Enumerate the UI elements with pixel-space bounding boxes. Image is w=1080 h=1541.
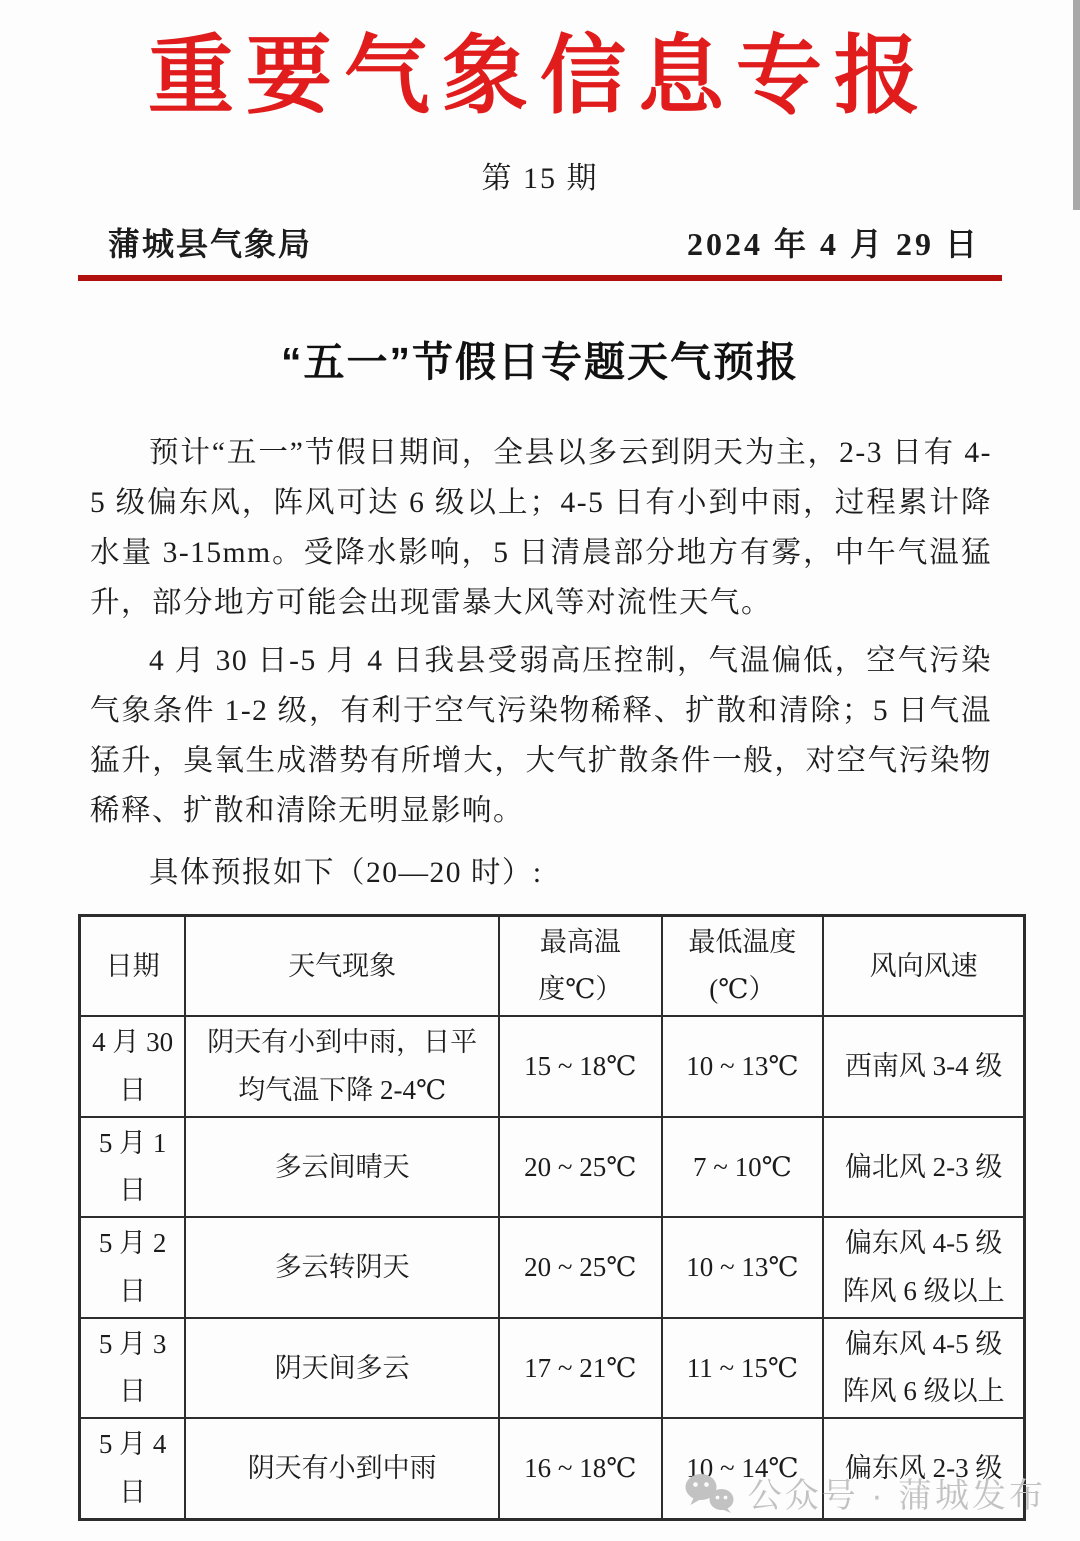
col-header-date: 日期	[80, 915, 186, 1016]
low-temp-cell: 11 ~ 15℃	[662, 1318, 824, 1419]
high-temp-cell: 20 ~ 25℃	[499, 1217, 662, 1318]
bulletin-title: 重要气象信息专报	[78, 24, 1002, 129]
weather-cell: 多云间晴天	[185, 1117, 499, 1218]
high-temp-cell: 17 ~ 21℃	[499, 1318, 662, 1419]
high-temp-cell: 20 ~ 25℃	[499, 1117, 662, 1218]
table-header-row: 日期 天气现象 最高温度℃） 最低温度(℃） 风向风速	[80, 915, 1025, 1016]
col-header-wind: 风向风速	[823, 915, 1024, 1016]
date-cell: 5 月 1 日	[80, 1117, 186, 1218]
agency-name: 蒲城县气象局	[108, 219, 312, 265]
table-row: 5 月 3 日 阴天间多云 17 ~ 21℃ 11 ~ 15℃ 偏东风 4-5 …	[80, 1318, 1025, 1419]
masthead-rule	[78, 275, 1002, 281]
date-cell: 4 月 30 日	[80, 1016, 186, 1117]
scan-edge-band	[1073, 0, 1080, 210]
weather-cell: 阴天有小到中雨，日平均气温下降 2-4℃	[185, 1016, 499, 1117]
date-cell: 5 月 2 日	[80, 1217, 186, 1318]
wind-cell: 偏东风 4-5 级 阵风 6 级以上	[823, 1318, 1024, 1419]
wechat-icon	[684, 1473, 736, 1513]
footer-label: 公众号 · 蒲城发布	[748, 1468, 1046, 1517]
issue-date: 2024 年 4 月 29 日	[687, 219, 980, 265]
table-row: 4 月 30 日 阴天有小到中雨，日平均气温下降 2-4℃ 15 ~ 18℃ 1…	[80, 1016, 1025, 1117]
article-body: 预计“五一”节假日期间，全县以多云到阴天为主，2-3 日有 4-5 级偏东风，阵…	[78, 428, 1002, 898]
wechat-watermark: 公众号 · 蒲城发布	[684, 1468, 1046, 1517]
article-headline: “五一”节假日专题天气预报	[78, 329, 1002, 388]
low-temp-cell: 10 ~ 13℃	[662, 1217, 824, 1318]
date-cell: 5 月 4 日	[80, 1418, 186, 1519]
high-temp-cell: 15 ~ 18℃	[499, 1016, 662, 1117]
date-cell: 5 月 3 日	[80, 1318, 186, 1419]
low-temp-cell: 7 ~ 10℃	[662, 1117, 824, 1218]
table-row: 5 月 1 日 多云间晴天 20 ~ 25℃ 7 ~ 10℃ 偏北风 2-3 级	[80, 1117, 1025, 1218]
forecast-table: 日期 天气现象 最高温度℃） 最低温度(℃） 风向风速 4 月 30 日 阴天有…	[78, 914, 1026, 1521]
col-header-high-temp: 最高温度℃）	[499, 915, 662, 1016]
col-header-low-temp: 最低温度(℃）	[662, 915, 824, 1016]
wind-cell: 西南风 3-4 级	[823, 1016, 1024, 1117]
issue-number: 第 15 期	[78, 153, 1002, 197]
weather-cell: 阴天有小到中雨	[185, 1418, 499, 1519]
wind-cell: 偏东风 4-5 级 阵风 6 级以上	[823, 1217, 1024, 1318]
col-header-weather: 天气现象	[185, 915, 499, 1016]
bulletin-page: 重要气象信息专报 第 15 期 蒲城县气象局 2024 年 4 月 29 日 “…	[0, 0, 1080, 1541]
issuer-row: 蒲城县气象局 2024 年 4 月 29 日	[78, 219, 1002, 265]
paragraph-forecast-summary: 预计“五一”节假日期间，全县以多云到阴天为主，2-3 日有 4-5 级偏东风，阵…	[78, 428, 1002, 628]
paragraph-air-quality: 4 月 30 日-5 月 4 日我县受弱高压控制，气温偏低，空气污染气象条件 1…	[78, 636, 1002, 836]
low-temp-cell: 10 ~ 13℃	[662, 1016, 824, 1117]
high-temp-cell: 16 ~ 18℃	[499, 1418, 662, 1519]
paragraph-table-leadin: 具体预报如下（20—20 时）:	[78, 848, 1002, 898]
wind-cell: 偏北风 2-3 级	[823, 1117, 1024, 1218]
table-row: 5 月 2 日 多云转阴天 20 ~ 25℃ 10 ~ 13℃ 偏东风 4-5 …	[80, 1217, 1025, 1318]
weather-cell: 多云转阴天	[185, 1217, 499, 1318]
weather-cell: 阴天间多云	[185, 1318, 499, 1419]
